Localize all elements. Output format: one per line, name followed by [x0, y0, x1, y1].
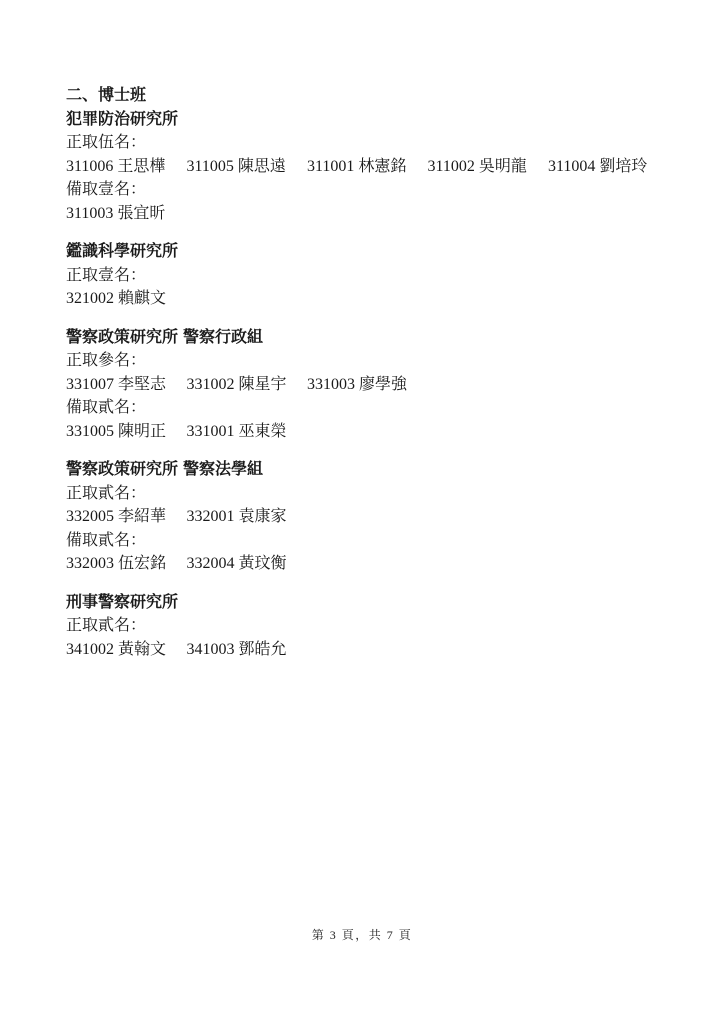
institute-name: 警察政策研究所 — [66, 326, 183, 350]
student-entry: 331007 李堅志 — [66, 373, 183, 397]
document-content: 二、博士班 犯罪防治研究所 正取伍名： 311006 王思樺 311005 陳思… — [66, 84, 694, 676]
admission-label: 正取壹名： — [66, 264, 694, 288]
institute-section-criminal-investigation: 刑事警察研究所 正取貳名： 341002 黃翰文 341003 鄧皓允 — [66, 591, 694, 662]
admission-label: 正取參名： — [66, 349, 694, 373]
student-entry: 331001 巫東榮 — [187, 420, 304, 444]
institute-header: 犯罪防治研究所 — [66, 108, 694, 132]
institute-header: 警察政策研究所警察法學組 — [66, 458, 694, 482]
institute-header: 鑑識科學研究所 — [66, 240, 694, 264]
student-entry: 341002 黃翰文 — [66, 638, 183, 662]
student-entry: 341003 鄧皓允 — [187, 638, 304, 662]
student-entry: 311002 吳明龍 — [428, 155, 545, 179]
student-row: 311003 張宜昕 — [66, 202, 694, 226]
waitlist-label: 備取貳名： — [66, 396, 694, 420]
admission-label: 正取伍名： — [66, 131, 694, 155]
institute-header: 警察政策研究所警察行政組 — [66, 326, 694, 350]
student-entry: 321002 賴麒文 — [66, 287, 183, 311]
admission-label: 正取貳名： — [66, 482, 694, 506]
institute-name: 刑事警察研究所 — [66, 591, 183, 615]
division-name: 警察行政組 — [183, 326, 263, 350]
student-entry: 332005 李紹華 — [66, 505, 183, 529]
student-entry: 332003 伍宏銘 — [66, 552, 183, 576]
institute-section-forensic-science: 鑑識科學研究所 正取壹名： 321002 賴麒文 — [66, 240, 694, 311]
page-footer: 第 3 頁，共 7 頁 — [0, 926, 724, 943]
institute-name: 犯罪防治研究所 — [66, 108, 183, 132]
institute-section-police-policy-law: 警察政策研究所警察法學組 正取貳名： 332005 李紹華 332001 袁康家… — [66, 458, 694, 576]
student-row: 321002 賴麒文 — [66, 287, 694, 311]
student-entry: 311004 劉培玲 — [548, 155, 665, 179]
institute-section-police-policy-admin: 警察政策研究所警察行政組 正取參名： 331007 李堅志 331002 陳星宇… — [66, 326, 694, 444]
student-entry: 331003 廖學強 — [307, 373, 424, 397]
student-row: 332005 李紹華 332001 袁康家 — [66, 505, 694, 529]
doc-section-title: 二、博士班 — [66, 84, 694, 108]
student-entry: 311001 林憲銘 — [307, 155, 424, 179]
student-entry: 311006 王思樺 — [66, 155, 183, 179]
student-row: 332003 伍宏銘 332004 黃玟衡 — [66, 552, 694, 576]
institute-header: 刑事警察研究所 — [66, 591, 694, 615]
student-entry: 331002 陳星宇 — [187, 373, 304, 397]
student-row: 311006 王思樺 311005 陳思遠 311001 林憲銘 311002 … — [66, 155, 694, 179]
student-entry: 311005 陳思遠 — [187, 155, 304, 179]
waitlist-label: 備取貳名： — [66, 529, 694, 553]
student-row: 341002 黃翰文 341003 鄧皓允 — [66, 638, 694, 662]
institute-name: 警察政策研究所 — [66, 458, 183, 482]
student-row: 331007 李堅志 331002 陳星宇 331003 廖學強 — [66, 373, 694, 397]
admission-label: 正取貳名： — [66, 614, 694, 638]
division-name: 警察法學組 — [183, 458, 263, 482]
waitlist-label: 備取壹名： — [66, 178, 694, 202]
document-page: 二、博士班 犯罪防治研究所 正取伍名： 311006 王思樺 311005 陳思… — [0, 0, 724, 1024]
student-entry: 332001 袁康家 — [187, 505, 304, 529]
institute-name: 鑑識科學研究所 — [66, 240, 183, 264]
institute-section-crime-prevention: 犯罪防治研究所 正取伍名： 311006 王思樺 311005 陳思遠 3110… — [66, 108, 694, 226]
student-entry: 311003 張宜昕 — [66, 202, 183, 226]
student-entry: 332004 黃玟衡 — [187, 552, 304, 576]
student-entry: 331005 陳明正 — [66, 420, 183, 444]
student-row: 331005 陳明正 331001 巫東榮 — [66, 420, 694, 444]
